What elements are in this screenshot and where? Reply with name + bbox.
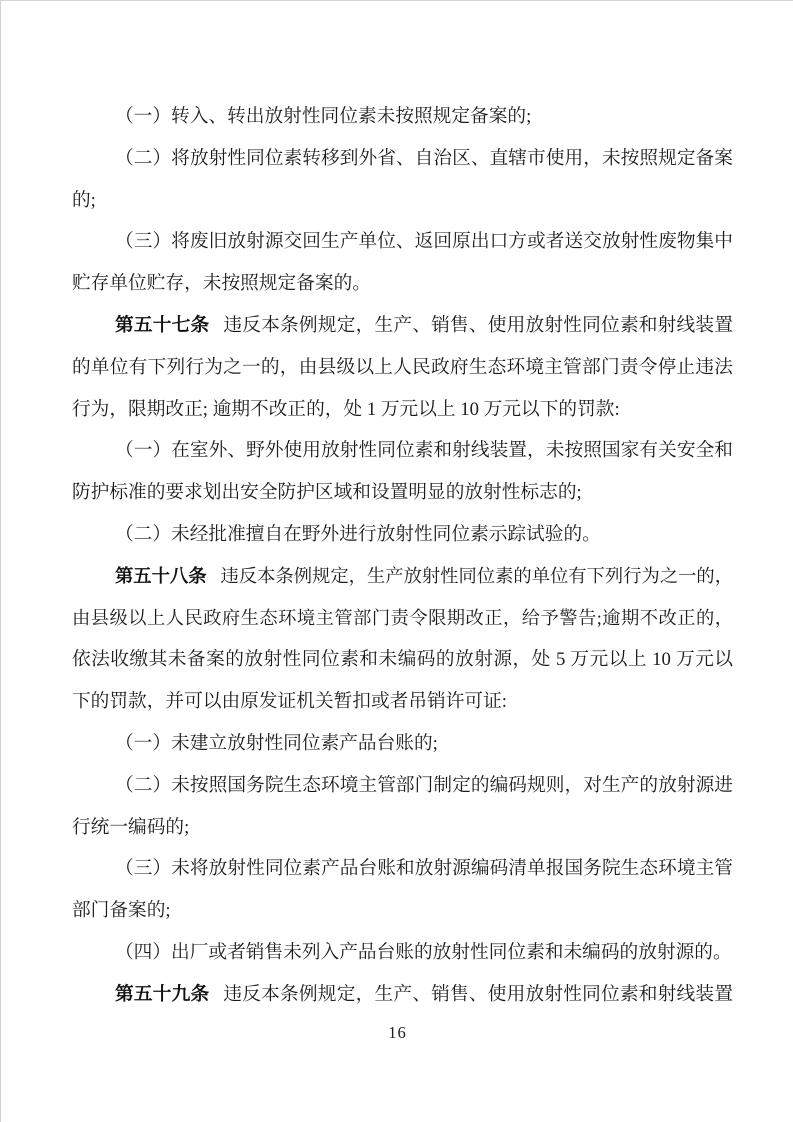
document-line: 防护标准的要求划出安全防护区域和设置明显的放射性标志的; <box>72 472 733 514</box>
document-line: 由县级以上人民政府生态环境主管部门责令限期改正，给予警告;逾期不改正的， <box>72 598 733 640</box>
page-number: 16 <box>1 1023 793 1043</box>
document-line: 行为，限期改正; 逾期不改正的，处 1 万元以上 10 万元以下的罚款: <box>72 389 733 431</box>
document-line: （一）未建立放射性同位素产品台账的; <box>72 723 733 765</box>
document-line: 贮存单位贮存，未按照规定备案的。 <box>72 263 733 305</box>
page-body: （一）转入、转出放射性同位素未按照规定备案的; （二）将放射性同位素转移到外省、… <box>72 96 733 1016</box>
article-text: 违反本条例规定，生产、销售、使用放射性同位素和射线装置 <box>223 315 733 336</box>
document-line-article-57: 第五十七条违反本条例规定，生产、销售、使用放射性同位素和射线装置 <box>72 305 733 347</box>
article-number: 第五十九条 <box>115 984 209 1005</box>
document-line: （一）在室外、野外使用放射性同位素和射线装置，未按照国家有关安全和 <box>72 430 733 472</box>
document-line: （二）未按照国务院生态环境主管部门制定的编码规则，对生产的放射源进 <box>72 765 733 807</box>
document-line: 下的罚款，并可以由原发证机关暂扣或者吊销许可证: <box>72 681 733 723</box>
document-line: 行统一编码的; <box>72 807 733 849</box>
document-line-article-59: 第五十九条违反本条例规定，生产、销售、使用放射性同位素和射线装置 <box>72 974 733 1016</box>
article-text: 违反本条例规定，生产、销售、使用放射性同位素和射线装置 <box>223 984 733 1005</box>
article-number: 第五十七条 <box>115 315 209 336</box>
document-line: （二）将放射性同位素转移到外省、自治区、直辖市使用，未按照规定备案 <box>72 138 733 180</box>
document-page: （一）转入、转出放射性同位素未按照规定备案的; （二）将放射性同位素转移到外省、… <box>0 0 793 1122</box>
document-line: 依法收缴其未备案的放射性同位素和未编码的放射源，处 5 万元以上 10 万元以 <box>72 639 733 681</box>
document-line: （二）未经批准擅自在野外进行放射性同位素示踪试验的。 <box>72 514 733 556</box>
document-line: （一）转入、转出放射性同位素未按照规定备案的; <box>72 96 733 138</box>
document-line: （三）将废旧放射源交回生产单位、返回原出口方或者送交放射性废物集中 <box>72 221 733 263</box>
document-line: （三）未将放射性同位素产品台账和放射源编码清单报国务院生态环境主管 <box>72 848 733 890</box>
document-line: （四）出厂或者销售未列入产品台账的放射性同位素和未编码的放射源的。 <box>72 932 733 974</box>
article-text: 违反本条例规定，生产放射性同位素的单位有下列行为之一的， <box>221 566 733 586</box>
document-line: 部门备案的; <box>72 890 733 932</box>
document-line: 的单位有下列行为之一的，由县级以上人民政府生态环境主管部门责令停止违法 <box>72 347 733 389</box>
article-number: 第五十八条 <box>115 566 207 586</box>
document-line-article-58: 第五十八条违反本条例规定，生产放射性同位素的单位有下列行为之一的， <box>72 556 733 598</box>
document-line: 的; <box>72 180 733 222</box>
